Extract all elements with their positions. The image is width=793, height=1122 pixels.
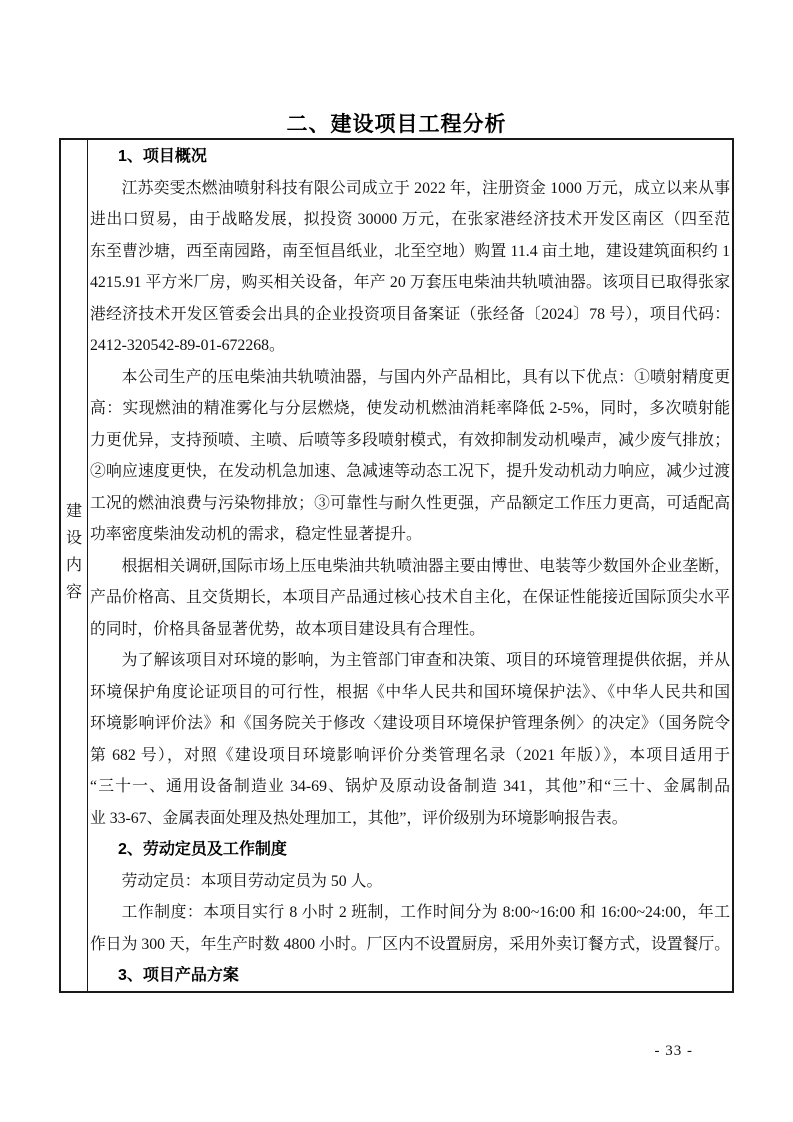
text-line: 第 682 号），对照《建设项目环境影响评价分类管理名录（2021 年版）》，本… — [90, 740, 730, 772]
section-heading: 3、项目产品方案 — [90, 960, 730, 991]
text-line: 港经济技术开发区管委会出具的企业投资项目备案证（张经备〔2024〕78 号），项… — [90, 299, 730, 331]
text-line: 功率密度柴油发动机的需求，稳定性显著提升。 — [90, 519, 730, 551]
text-line: 根据相关调研,国际市场上压电柴油共轨喷油器主要由博世、电装等少数国外企业垄断， — [90, 551, 730, 583]
text-line: 进出口贸易，由于战略发展，拟投资 30000 万元，在张家港经济技术开发区南区（… — [90, 204, 730, 236]
content-table: 建设内容 1、项目概况江苏奕雯杰燃油喷射科技有限公司成立于 2022 年，注册资… — [59, 138, 734, 993]
section-heading: 2、劳动定员及工作制度 — [90, 834, 730, 866]
text-line: 工作制度：本项目实行 8 小时 2 班制，工作时间分为 8:00~16:00 和… — [90, 897, 730, 929]
text-line: 为了解该项目对环境的影响，为主管部门审查和决策、项目的环境管理提供依据，并从 — [90, 645, 730, 677]
text-line: 本公司生产的压电柴油共轨喷油器，与国内外产品相比，具有以下优点：①喷射精度更 — [90, 362, 730, 394]
text-line: 东至曹沙塘，西至南园路，南至恒昌纸业，北至空地）购置 11.4 亩土地，建设建筑… — [90, 236, 730, 268]
row-label-char: 容 — [66, 579, 82, 606]
text-line: 劳动定员：本项目劳动定员为 50 人。 — [90, 866, 730, 898]
text-line: 2412-320542-89-01-672268。 — [90, 330, 730, 362]
row-label-char: 内 — [66, 552, 82, 579]
text-line: 4215.91 平方米厂房，购买相关设备，年产 20 万套压电柴油共轨喷油器。该… — [90, 267, 730, 299]
text-line: 江苏奕雯杰燃油喷射科技有限公司成立于 2022 年，注册资金 1000 万元，成… — [90, 173, 730, 205]
row-label-cell: 建设内容 — [61, 140, 88, 991]
text-line: 环境影响评价法》和《国务院关于修改〈建设项目环境保护管理条例〉的决定》（国务院令 — [90, 708, 730, 740]
text-line: 高：实现燃油的精准雾化与分层燃烧，使发动机燃油消耗率降低 2-5%，同时，多次喷… — [90, 393, 730, 425]
text-line: 力更优异，支持预喷、主喷、后喷等多段喷射模式，有效抑制发动机噪声，减少废气排放； — [90, 425, 730, 457]
text-line: 环境保护角度论证项目的可行性，根据《中华人民共和国环境保护法》、《中华人民共和国 — [90, 677, 730, 709]
cell-content: 1、项目概况江苏奕雯杰燃油喷射科技有限公司成立于 2022 年，注册资金 100… — [88, 140, 732, 991]
text-line: ②响应速度更快，在发动机急加速、急减速等动态工况下，提升发动机动力响应，减少过渡 — [90, 456, 730, 488]
text-line: “三十一、通用设备制造业 34-69、锅炉及原动设备制造 341，其他”和“三十… — [90, 771, 730, 803]
text-line: 产品价格高、且交货期长，本项目产品通过核心技术自主化，在保证性能接近国际顶尖水平 — [90, 582, 730, 614]
page-number: - 33 - — [655, 1043, 694, 1060]
row-label-char: 设 — [66, 525, 82, 552]
text-line: 业 33-67、金属表面处理及热处理加工，其他”，评价级别为环境影响报告表。 — [90, 803, 730, 835]
page-title: 二、建设项目工程分析 — [0, 108, 793, 138]
text-line: 工况的燃油浪费与污染物排放；③可靠性与耐久性更强，产品额定工作压力更高，可适配高 — [90, 488, 730, 520]
text-line: 作日为 300 天，年生产时数 4800 小时。厂区内不设置厨房，采用外卖订餐方… — [90, 929, 730, 961]
section-heading: 1、项目概况 — [90, 141, 730, 173]
row-label-char: 建 — [66, 498, 82, 525]
text-line: 的同时，价格具备显著优势，故本项目建设具有合理性。 — [90, 614, 730, 646]
